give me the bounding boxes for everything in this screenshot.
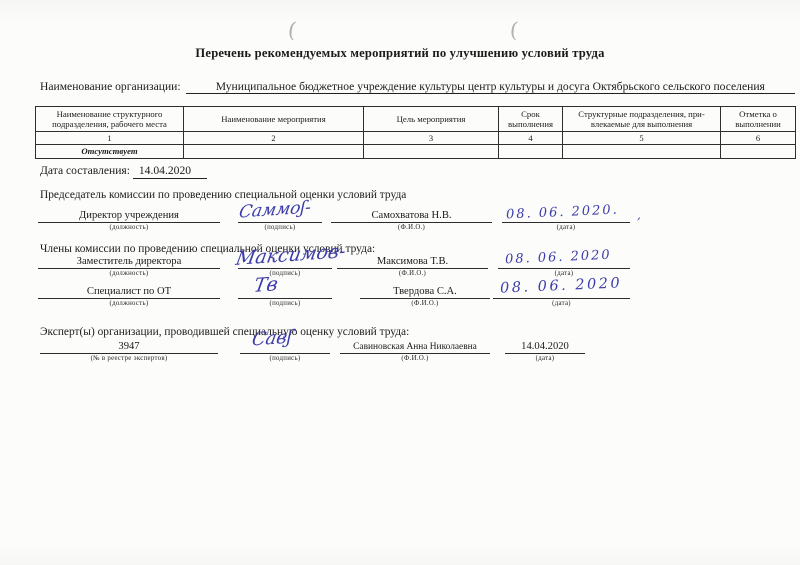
expert-signature-handwriting: Савʃ xyxy=(250,326,294,350)
col-header-measure-goal: Цель мероприятия xyxy=(364,107,499,132)
expert-name-value: Савиновская Анна Николаевна xyxy=(340,337,490,354)
chairman-heading: Председатель комиссии по проведению спец… xyxy=(40,189,406,201)
name-caption: (Ф.И.О.) xyxy=(331,223,492,231)
cell-measure-goal xyxy=(364,145,499,159)
member2-signature-handwriting: Тв xyxy=(252,273,280,297)
date-caption: (дата) xyxy=(493,299,630,307)
expert-date-value: 14.04.2020 xyxy=(505,337,585,354)
col-header-structural-unit: Наименование структурного подразделения,… xyxy=(36,107,184,132)
col-number: 1 xyxy=(36,132,184,145)
col-header-deadline: Срок выполнения xyxy=(499,107,563,132)
member1-position-value: Заместитель директора xyxy=(38,252,220,269)
col-header-involved-units: Структурные подразделения, при­влекаемые… xyxy=(563,107,721,132)
expert-date-field: 14.04.2020 (дата) xyxy=(505,337,585,362)
chairman-date-mark: , xyxy=(637,208,641,222)
member1-name-field: Максимова Т.В. (Ф.И.О.) xyxy=(337,252,488,277)
chairman-name-field: Самохватова Н.В. (Ф.И.О.) xyxy=(331,206,492,231)
col-header-measure-name: Наименование мероприятия xyxy=(184,107,364,132)
cell-involved-units xyxy=(563,145,721,159)
col-number: 3 xyxy=(364,132,499,145)
signature-caption: (подпись) xyxy=(238,223,322,231)
position-caption: (должность) xyxy=(38,223,220,231)
col-number: 5 xyxy=(563,132,721,145)
member2-name-value: Твердова С.А. xyxy=(360,282,490,299)
expert-registry-field: 3947 (№ в реестре экспертов) xyxy=(40,337,218,362)
cell-deadline xyxy=(499,145,563,159)
cell-measure-name xyxy=(184,145,364,159)
org-name-line: Наименование организации: Муниципальное … xyxy=(40,80,795,94)
signature-caption: (подпись) xyxy=(238,299,332,307)
col-number: 4 xyxy=(499,132,563,145)
scan-artifact-paren-right: ( xyxy=(509,18,520,43)
doc-title: Перечень рекомендуемых мероприятий по ул… xyxy=(0,46,800,61)
col-number: 2 xyxy=(184,132,364,145)
member1-name-value: Максимова Т.В. xyxy=(337,252,488,269)
member2-name-field: Твердова С.А. (Ф.И.О.) xyxy=(360,282,490,307)
position-caption: (должность) xyxy=(38,269,220,277)
member1-position-field: Заместитель директора (должность) xyxy=(38,252,220,277)
name-caption: (Ф.И.О.) xyxy=(360,299,490,307)
measures-table: Наименование структурного подразделения,… xyxy=(35,106,796,159)
signature-caption: (подпись) xyxy=(238,269,332,277)
org-name-value: Муниципальное бюджетное учреждение культ… xyxy=(186,80,795,94)
date-caption: (дата) xyxy=(505,354,585,362)
col-number: 6 xyxy=(721,132,796,145)
member2-position-value: Специалист по ОТ xyxy=(38,282,220,299)
chairman-position-field: Директор учреждения (должность) xyxy=(38,206,220,231)
table-data-row: Отсутствует xyxy=(36,145,796,159)
expert-registry-value: 3947 xyxy=(40,337,218,354)
position-caption: (должность) xyxy=(38,299,220,307)
member2-position-field: Специалист по ОТ (должность) xyxy=(38,282,220,307)
expert-name-field: Савиновская Анна Николаевна (Ф.И.О.) xyxy=(340,337,490,362)
name-caption: (Ф.И.О.) xyxy=(337,269,488,277)
col-header-completion-mark: Отметка о выполнении xyxy=(721,107,796,132)
cell-completion-mark xyxy=(721,145,796,159)
table-number-row: 1 2 3 4 5 6 xyxy=(36,132,796,145)
org-name-label: Наименование организации: xyxy=(40,80,186,94)
registry-caption: (№ в реестре экспертов) xyxy=(40,354,218,362)
compile-date-line: Дата составления: 14.04.2020 xyxy=(40,164,207,177)
table-header-row: Наименование структурного подразделения,… xyxy=(36,107,796,132)
chairman-name-value: Самохватова Н.В. xyxy=(331,206,492,223)
date-caption: (дата) xyxy=(502,223,630,231)
scan-artifact-paren-left: ( xyxy=(286,18,297,43)
compile-date-value: 14.04.2020 xyxy=(133,164,207,179)
chairman-position-value: Директор учреждения xyxy=(38,206,220,223)
compile-date-label: Дата составления: xyxy=(40,164,130,177)
cell-structural-unit: Отсутствует xyxy=(36,145,184,159)
signature-caption: (подпись) xyxy=(240,354,330,362)
document-page: ( ( Перечень рекомендуемых мероприятий п… xyxy=(0,0,800,565)
name-caption: (Ф.И.О.) xyxy=(340,354,490,362)
